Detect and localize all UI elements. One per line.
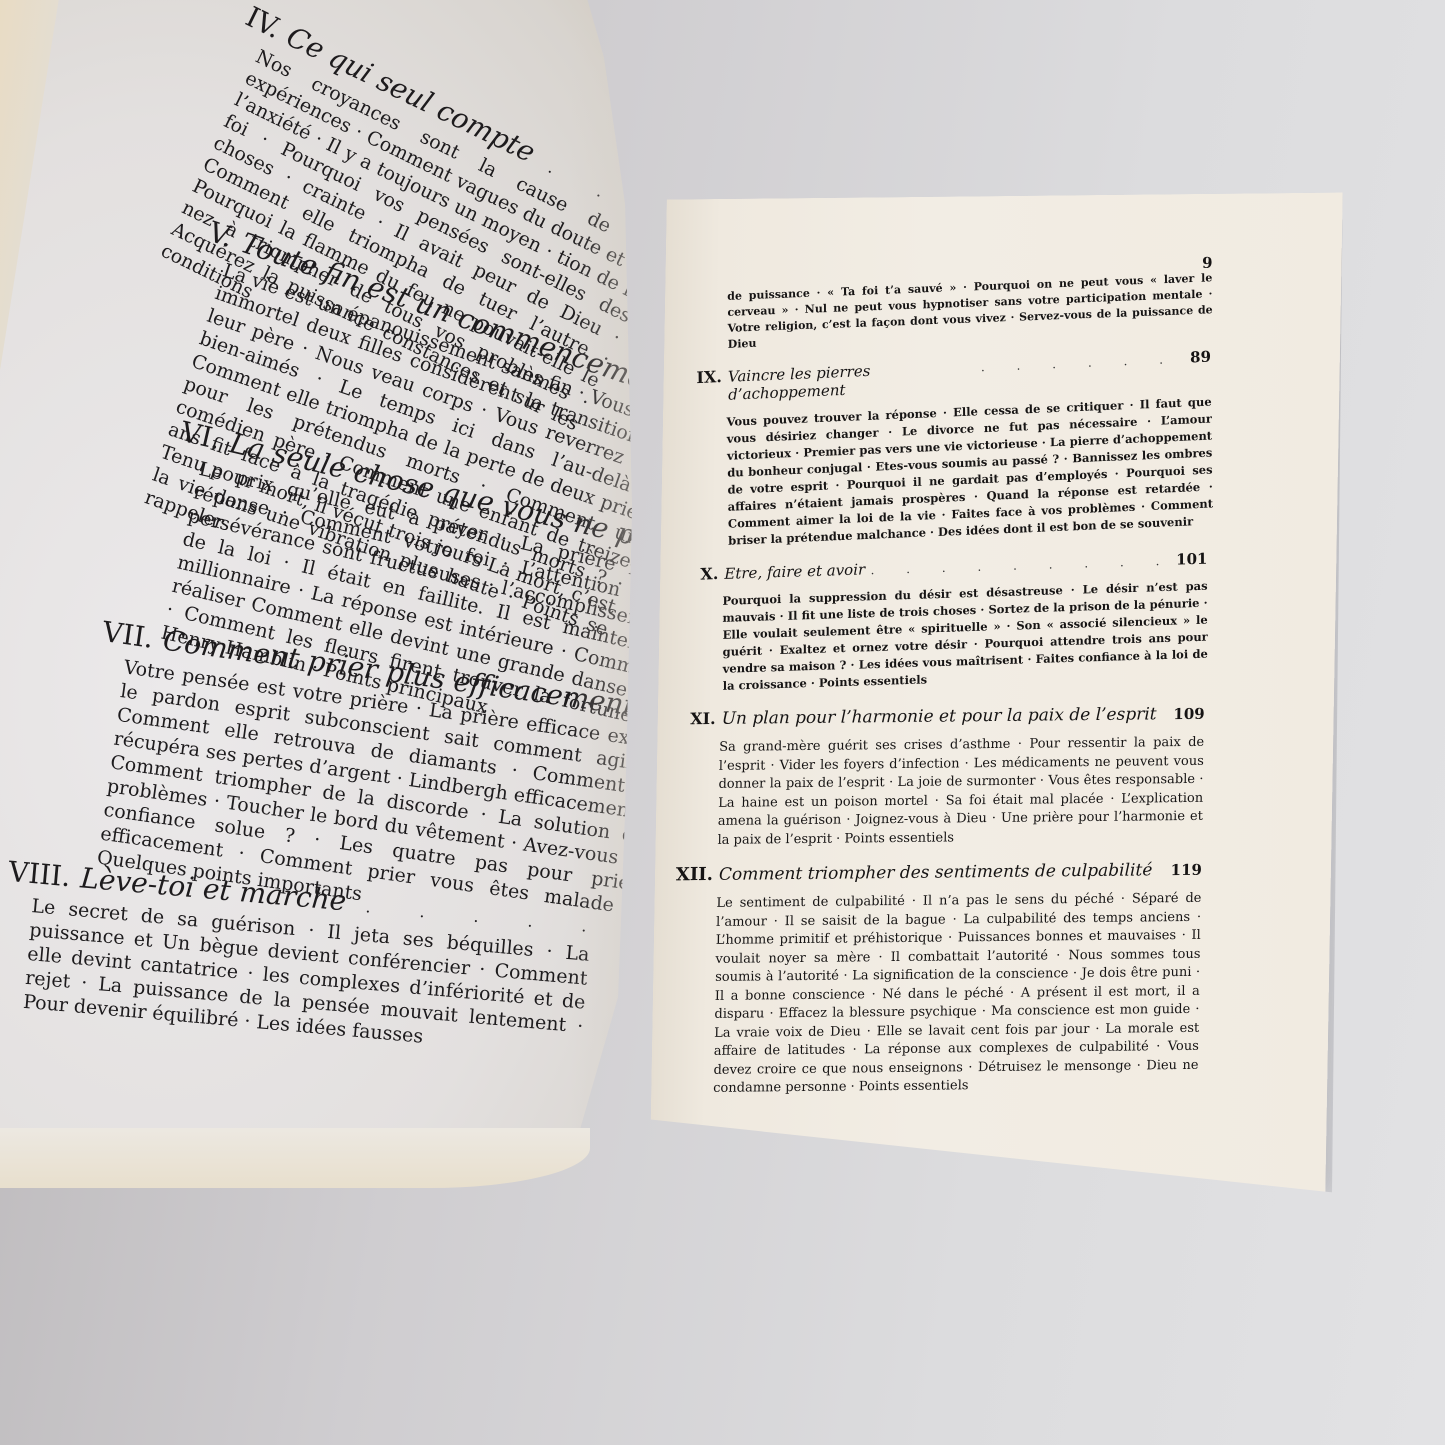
toc-entry-heading: XII. Comment triompher des sentiments de… — [717, 859, 1202, 885]
toc-entry-x: X. Etre, faire et avoir . . . . . . . . … — [722, 549, 1208, 695]
chapter-number: X. — [668, 564, 718, 585]
chapter-page: 119 — [1168, 861, 1202, 879]
right-page-content: 9 de puissance · « Ta foi t’a sauvé » · … — [713, 254, 1213, 1099]
toc-entry-xii: XII. Comment triompher des sentiments de… — [713, 859, 1202, 1099]
chapter-number: VIII. — [7, 855, 72, 893]
chapter-summary: Vous pouvez trouver la réponse · Elle ce… — [726, 394, 1213, 550]
book-photo: 9 de puissance · « Ta foi t’a sauvé » · … — [0, 0, 1445, 1445]
toc-entry-heading: X. Etre, faire et avoir . . . . . . . . … — [722, 549, 1207, 583]
page-number: 9 — [1202, 254, 1213, 272]
chapter-number: IX. — [672, 367, 722, 388]
toc-entry-xi: XI. Un plan pour l’harmonie et pour la p… — [717, 704, 1204, 850]
chapter-summary: Sa grand-mère guérit ses crises d’asthme… — [717, 734, 1204, 850]
leader-dots: . . . . . . — [981, 352, 1177, 374]
chapter-page: 89 — [1177, 348, 1211, 367]
leader-dots: . . . . . . . . . — [871, 554, 1174, 578]
chapter-number: IV. — [241, 0, 287, 45]
toc-continuation-text: de puissance · « Ta foi t’a sauvé » · Po… — [727, 270, 1213, 353]
chapter-summary: Le sentiment de culpabilité · Il n’a pas… — [713, 890, 1202, 1099]
left-page: IV. Ce qui seul compte . . . . . . Nos c… — [0, 0, 660, 1180]
toc-entry-heading: IX. Vaincre les pierres d’achoppement . … — [726, 347, 1212, 404]
chapter-number: XI. — [665, 709, 715, 729]
chapter-number: XII. — [663, 864, 713, 886]
chapter-page: 109 — [1170, 705, 1204, 723]
chapter-page: 101 — [1173, 550, 1207, 569]
page-bottom-edge — [0, 1128, 590, 1188]
chapter-title: Etre, faire et avoir — [724, 560, 870, 583]
chapter-title: Comment triompher des sentiments de culp… — [719, 860, 1168, 885]
right-page: 9 de puissance · « Ta foi t’a sauvé » · … — [649, 192, 1342, 1199]
chapter-number: VII. — [100, 615, 155, 655]
chapter-title: Vaincre les pierres d’achoppement — [728, 357, 982, 404]
chapter-title: Un plan pour l’harmonie et pour la paix … — [721, 704, 1170, 729]
chapter-summary: Pourquoi la suppression du désir est dés… — [722, 578, 1207, 695]
toc-entry-ix: IX. Vaincre les pierres d’achoppement . … — [726, 347, 1214, 550]
toc-entry-heading: XI. Un plan pour l’harmonie et pour la p… — [719, 704, 1204, 729]
